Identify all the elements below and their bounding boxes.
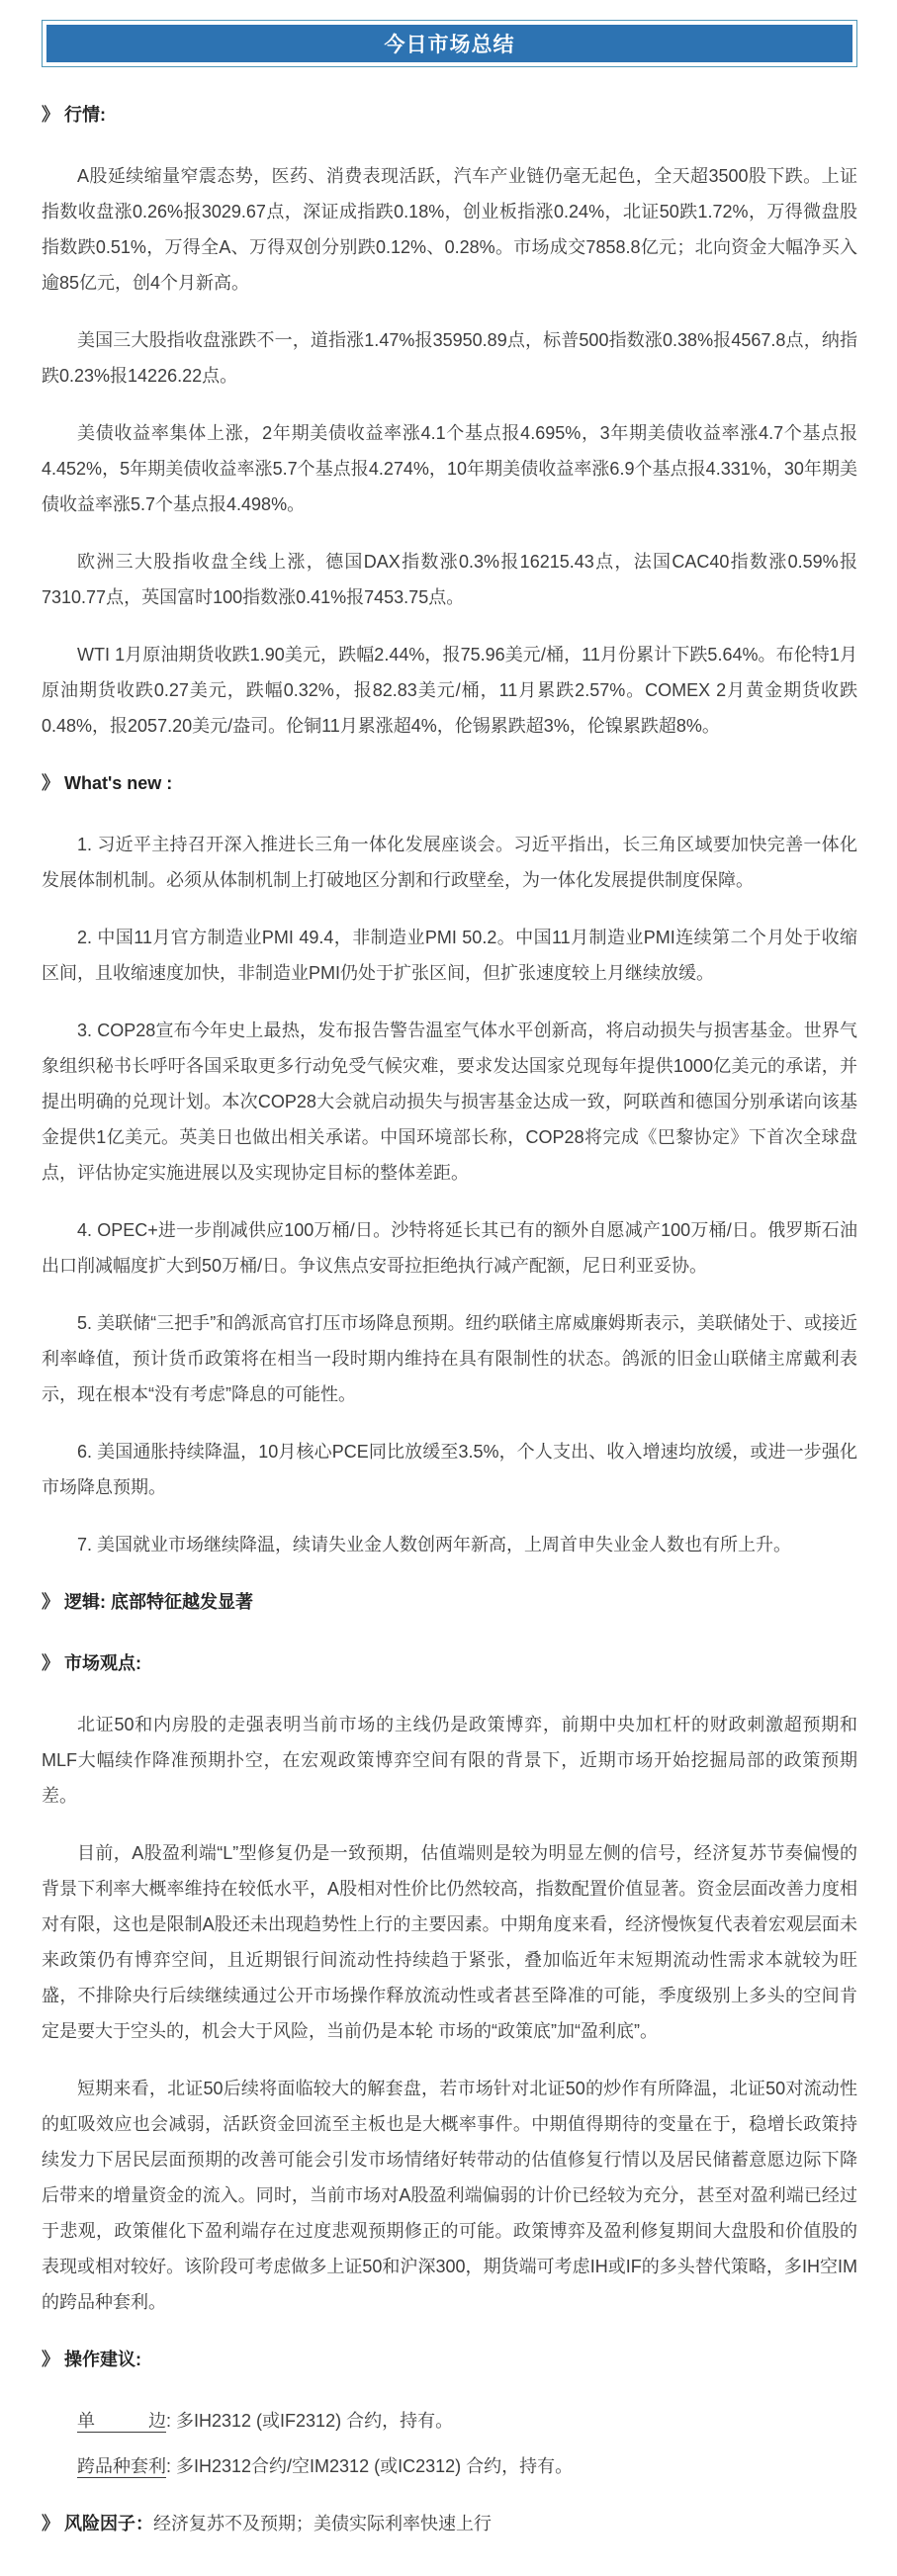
news-item-5: 5. 美联储“三把手”和鸽派高官打压市场降息预期。纽约联储主席威廉姆斯表示，美联… bbox=[42, 1305, 857, 1412]
report-body: 》 行情: A股延续缩量窄震态势，医药、消费表现活跃，汽车产业链仍毫无起色，全天… bbox=[42, 97, 857, 2541]
report-title-fill: 今日市场总结 bbox=[46, 25, 852, 62]
section-heading-logic: 》 逻辑: 底部特征越发显著 bbox=[42, 1584, 857, 1620]
view-para-1: 北证50和内房股的走强表明当前市场的主线仍是政策博弈，前期中央加杠杆的财政刺激超… bbox=[42, 1707, 857, 1814]
para-commodities: WTI 1月原油期货收跌1.90美元，跌幅2.44%，报75.96美元/桶，11… bbox=[42, 637, 857, 744]
report-page: 今日市场总结 》 行情: A股延续缩量窄震态势，医药、消费表现活跃，汽车产业链仍… bbox=[0, 0, 897, 2565]
news-item-7: 7. 美国就业市场继续降温，续请失业金人数创两年新高，上周首申失业金人数也有所上… bbox=[42, 1527, 857, 1562]
operation-unilateral-label: 单 边 bbox=[77, 2411, 166, 2431]
news-item-6: 6. 美国通胀持续降温，10月核心PCE同比放缓至3.5%，个人支出、收入增速均… bbox=[42, 1434, 857, 1505]
report-title: 今日市场总结 bbox=[385, 29, 515, 58]
operation-cross-arbitrage-label: 跨品种套利 bbox=[77, 2456, 166, 2476]
section-heading-market-view: 》 市场观点: bbox=[42, 1645, 857, 1681]
para-ashare-market: A股延续缩量窄震态势，医药、消费表现活跃，汽车产业链仍毫无起色，全天超3500股… bbox=[42, 158, 857, 301]
operation-cross-arbitrage-text: : 多IH2312合约/空IM2312 (或IC2312) 合约，持有。 bbox=[166, 2456, 573, 2476]
para-us-stocks: 美国三大股指收盘涨跌不一，道指涨1.47%报35950.89点，标普500指数涨… bbox=[42, 322, 857, 394]
operation-cross-arbitrage: 跨品种套利: 多IH2312合约/空IM2312 (或IC2312) 合约，持有… bbox=[42, 2448, 857, 2484]
operation-unilateral-text: : 多IH2312 (或IF2312) 合约，持有。 bbox=[166, 2411, 453, 2431]
para-us-treasury: 美债收益率集体上涨，2年期美债收益率涨4.1个基点报4.695%，3年期美债收益… bbox=[42, 415, 857, 522]
news-item-3: 3. COP28宣布今年史上最热，发布报告警告温室气体水平创新高，将启动损失与损… bbox=[42, 1013, 857, 1191]
section-heading-operation: 》 操作建议: bbox=[42, 2342, 857, 2377]
section-heading-whats-new: 》 What's new : bbox=[42, 765, 857, 801]
section-heading-quotes: 》 行情: bbox=[42, 97, 857, 133]
risk-factor-text: 经济复苏不及预期；美债实际利率快速上行 bbox=[153, 2514, 492, 2533]
view-para-3: 短期来看，北证50后续将面临较大的解套盘，若市场针对北证50的炒作有所降温，北证… bbox=[42, 2071, 857, 2320]
view-para-2: 目前，A股盈利端“L”型修复仍是一致预期，估值端则是较为明显左侧的信号，经济复苏… bbox=[42, 1835, 857, 2049]
para-europe-stocks: 欧洲三大股指收盘全线上涨，德国DAX指数涨0.3%报16215.43点，法国CA… bbox=[42, 544, 857, 615]
risk-factor-line: 》 风险因子：经济复苏不及预期；美债实际利率快速上行 bbox=[42, 2506, 857, 2541]
report-title-bar: 今日市场总结 bbox=[42, 20, 857, 67]
news-item-1: 1. 习近平主持召开深入推进长三角一体化发展座谈会。习近平指出，长三角区域要加快… bbox=[42, 827, 857, 898]
news-item-2: 2. 中国11月官方制造业PMI 49.4，非制造业PMI 50.2。中国11月… bbox=[42, 920, 857, 991]
risk-factor-heading: 》 风险因子： bbox=[42, 2514, 153, 2533]
operation-unilateral: 单 边: 多IH2312 (或IF2312) 合约，持有。 bbox=[42, 2403, 857, 2439]
news-item-4: 4. OPEC+进一步削减供应100万桶/日。沙特将延长其已有的额外自愿减产10… bbox=[42, 1212, 857, 1284]
